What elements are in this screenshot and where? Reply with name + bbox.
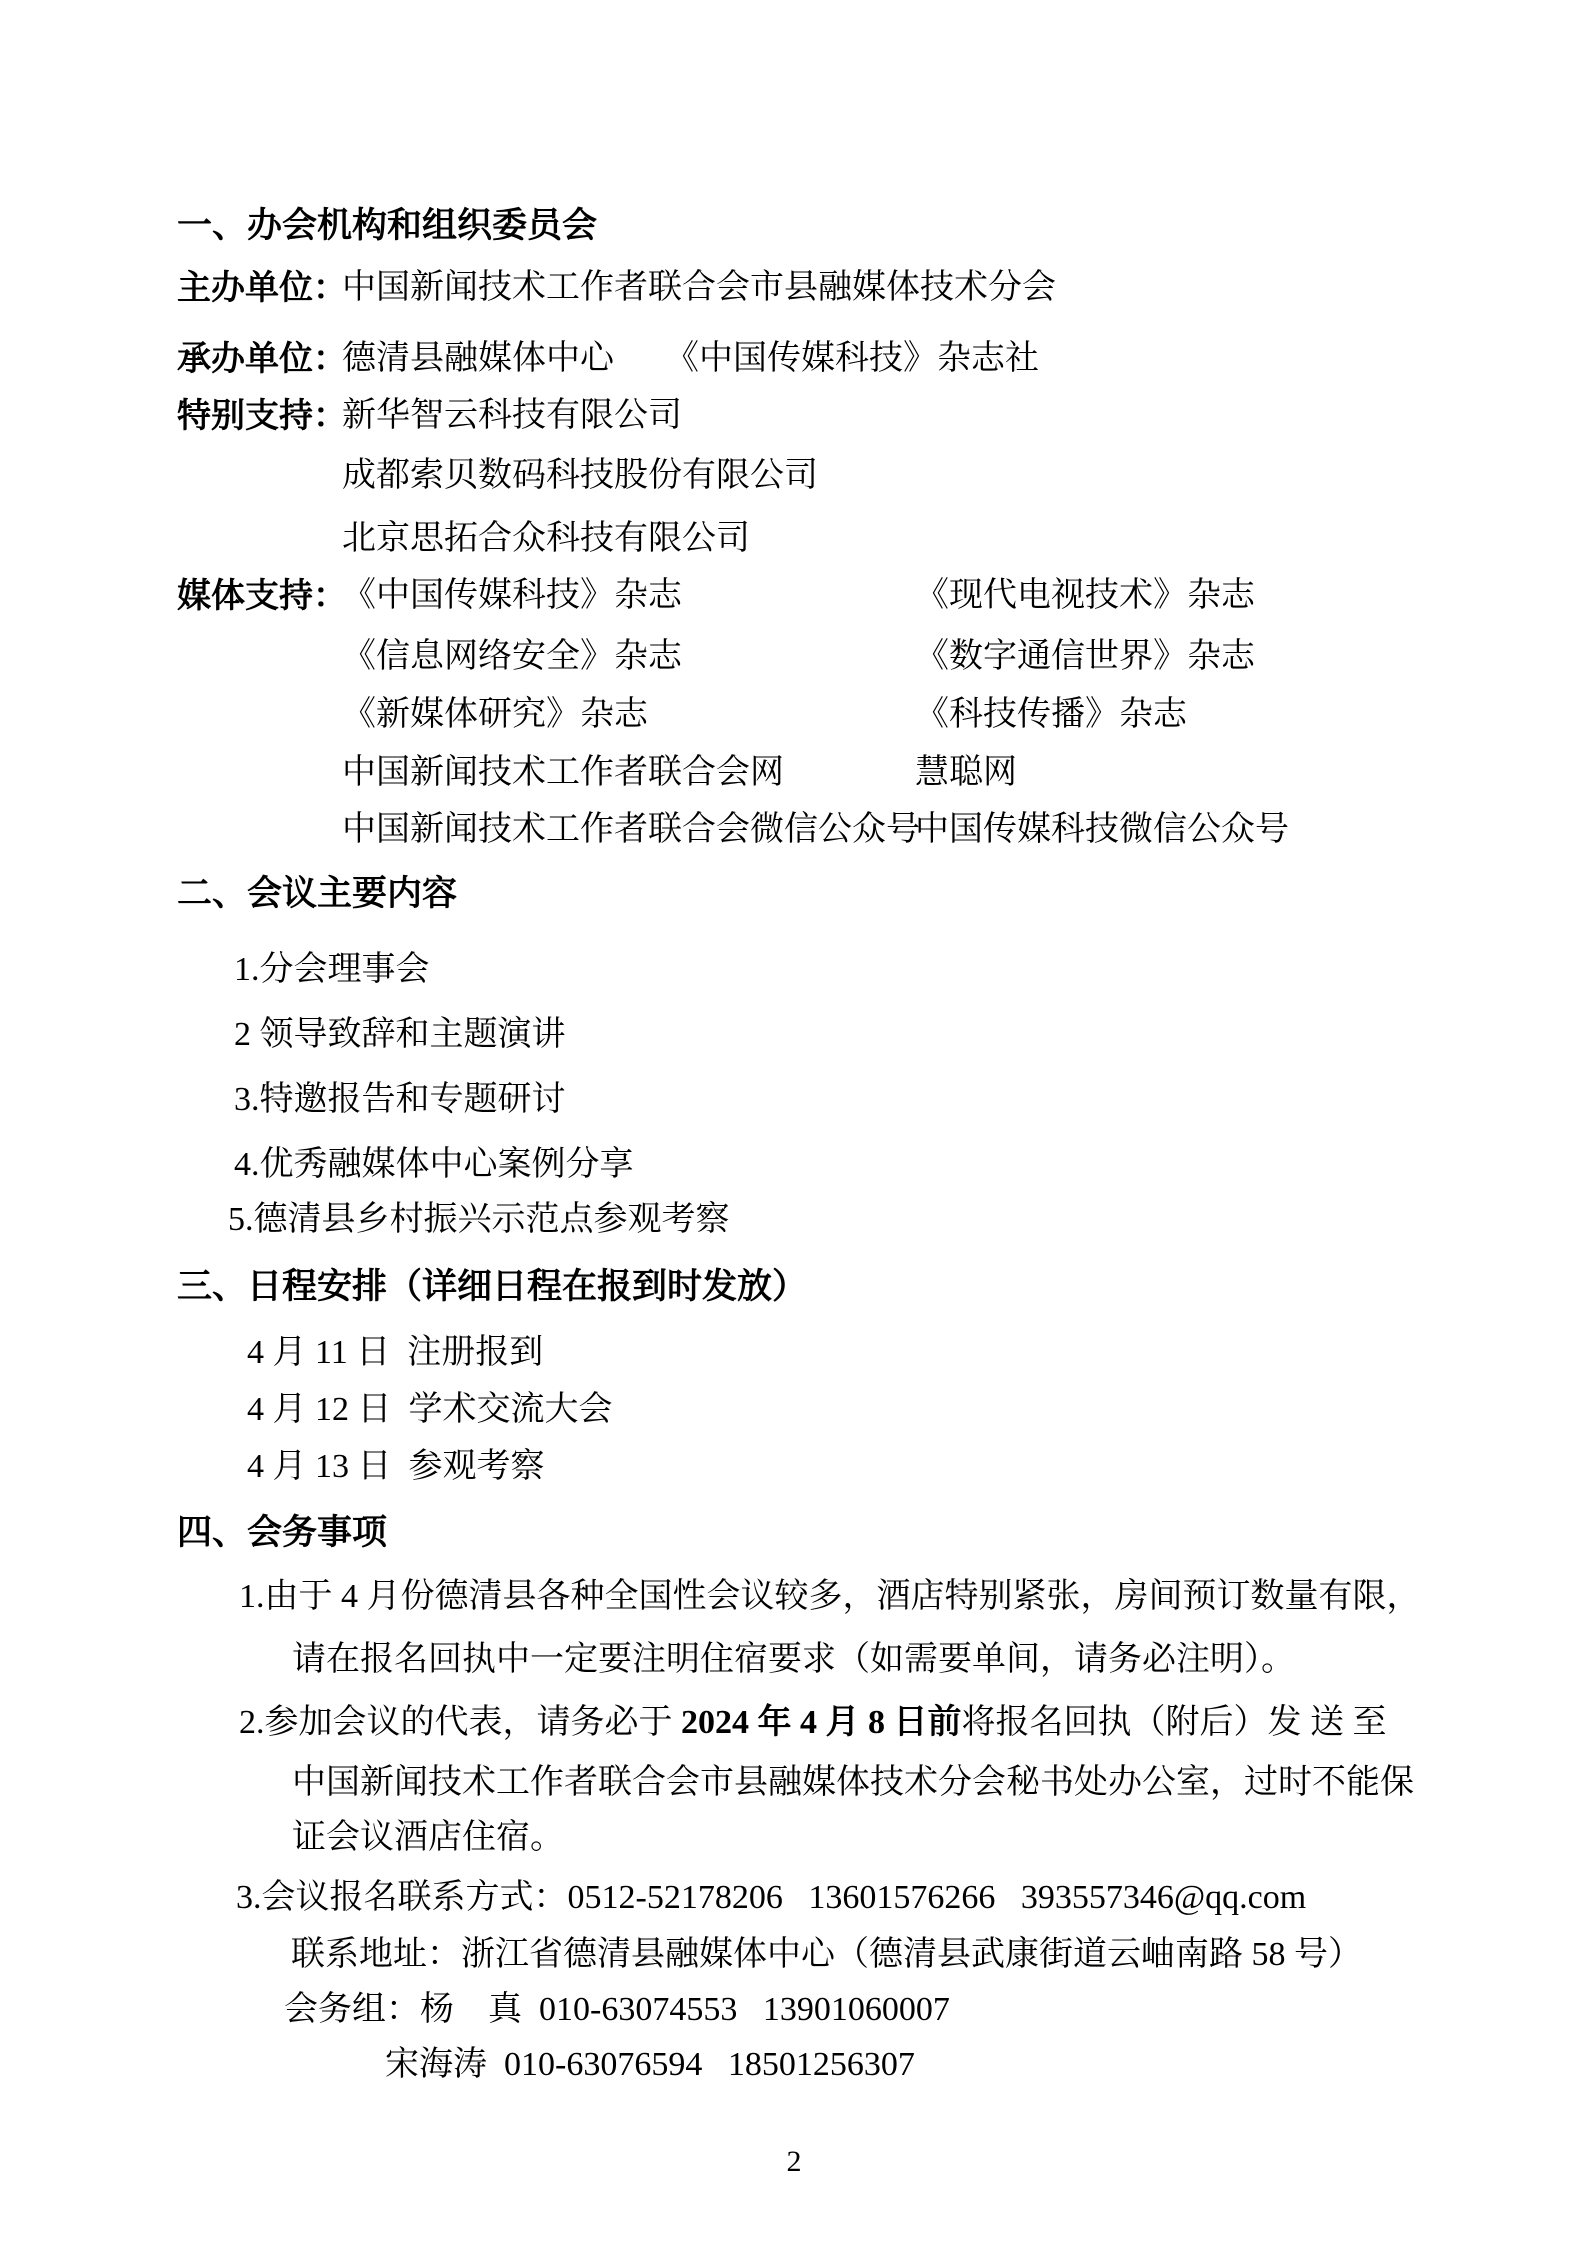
section2-item: 2 领导致辞和主题演讲 xyxy=(234,1015,566,1056)
note2-line1-deadline: 2024 年 4 月 8 日前 xyxy=(681,1704,962,1741)
section3-heading: 三、日程安排（详细日程在报到时发放） xyxy=(177,1266,807,1308)
section2-item: 4.优秀融媒体中心案例分享 xyxy=(234,1145,634,1186)
note1-line1: 1.由于 4 月份德清县各种全国性会议较多，酒店特别紧张，房间预订数量有限， xyxy=(239,1577,1421,1618)
section2-item: 1.分会理事会 xyxy=(234,950,430,991)
note1-line2: 请在报名回执中一定要注明住宿要求（如需要单间，请务必注明）。 xyxy=(292,1640,1295,1681)
schedule-item: 4 月 13 日 参观考察 xyxy=(247,1447,545,1488)
section1-heading: 一、办会机构和组织委员会 xyxy=(177,205,597,247)
section2-item: 3.特邀报告和专题研讨 xyxy=(234,1080,566,1121)
committee-line: 会务组：杨 真 010-63074553 13901060007 xyxy=(284,1990,950,2031)
section4-heading: 四、会务事项 xyxy=(177,1512,387,1554)
document-page: 一、办会机构和组织委员会 主办单位： 中国新闻技术工作者联合会市县融媒体技术分会… xyxy=(0,0,1588,2245)
host-label: 主办单位： xyxy=(177,268,347,309)
media-support-right-item: 《数字通信世界》杂志 xyxy=(915,637,1255,678)
media-support-left-item: 《中国传媒科技》杂志 xyxy=(342,576,682,617)
special-support-item: 成都索贝数码科技股份有限公司 xyxy=(342,456,818,497)
media-support-left-item: 《信息网络安全》杂志 xyxy=(342,637,682,678)
contact-line: 3.会议报名联系方式：0512-52178206 13601576266 393… xyxy=(236,1878,1306,1919)
special-support-item: 北京思拓合众科技有限公司 xyxy=(342,519,750,560)
note2-line3: 证会议酒店住宿。 xyxy=(292,1818,564,1859)
address-line: 联系地址：浙江省德清县融媒体中心（德清县武康街道云岫南路 58 号） xyxy=(291,1935,1362,1976)
note2-line1-pre: 2.参加会议的代表，请务必于 xyxy=(239,1704,681,1741)
section2-item: 5.德清县乡村振兴示范点参观考察 xyxy=(228,1200,730,1241)
section2-heading: 二、会议主要内容 xyxy=(177,873,457,915)
media-support-right-item: 《现代电视技术》杂志 xyxy=(915,576,1255,617)
media-support-label: 媒体支持： xyxy=(177,576,347,617)
schedule-item: 4 月 11 日 注册报到 xyxy=(247,1333,543,1374)
organizer-label: 承办单位： xyxy=(177,339,347,380)
special-support-item: 新华智云科技有限公司 xyxy=(342,396,682,437)
organizer-value: 德清县融媒体中心 《中国传媒科技》杂志社 xyxy=(342,339,1039,380)
note2-line1: 2.参加会议的代表，请务必于 2024 年 4 月 8 日前将报名回执（附后）发… xyxy=(239,1703,1387,1744)
host-value: 中国新闻技术工作者联合会市县融媒体技术分会 xyxy=(342,268,1056,309)
committee-line: 宋海涛 010-63076594 18501256307 xyxy=(385,2045,915,2086)
note2-line2: 中国新闻技术工作者联合会市县融媒体技术分会秘书处办公室，过时不能保 xyxy=(292,1763,1414,1804)
media-support-left-item: 《新媒体研究》杂志 xyxy=(342,695,648,736)
media-support-right-item: 中国传媒科技微信公众号 xyxy=(915,810,1289,851)
page-number: 2 xyxy=(0,2145,1588,2179)
note2-line1-post: 将报名回执（附后）发 送 至 xyxy=(962,1704,1387,1741)
media-support-left-item: 中国新闻技术工作者联合会微信公众号 xyxy=(342,810,920,851)
media-support-right-item: 慧聪网 xyxy=(915,753,1017,794)
special-support-label: 特别支持： xyxy=(177,396,347,437)
media-support-right-item: 《科技传播》杂志 xyxy=(915,695,1187,736)
schedule-item: 4 月 12 日 学术交流大会 xyxy=(247,1390,613,1431)
media-support-left-item: 中国新闻技术工作者联合会网 xyxy=(342,753,784,794)
